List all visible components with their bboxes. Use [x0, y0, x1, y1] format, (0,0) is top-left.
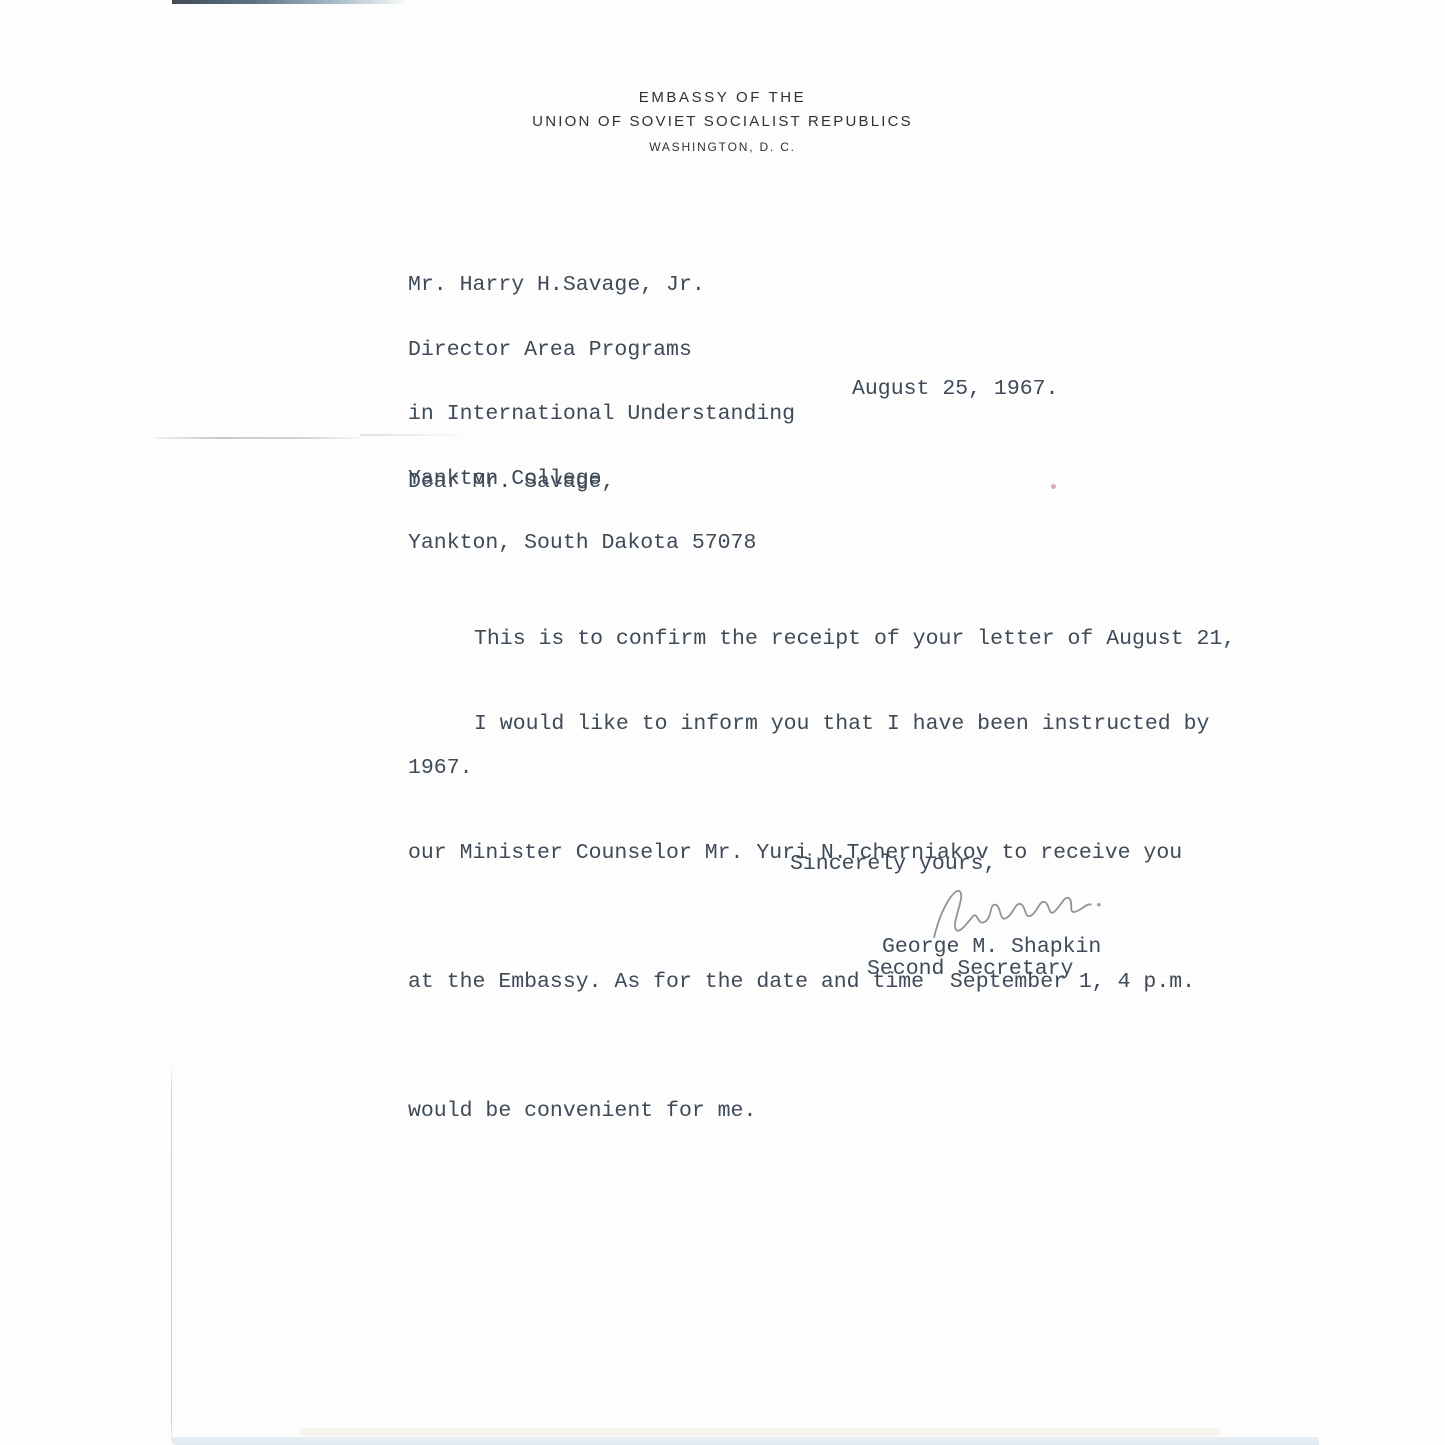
- paper-bottom-edge: [171, 1437, 1319, 1445]
- paragraph2-line1: I would like to inform you that I have b…: [408, 703, 1209, 746]
- valediction: Sincerely yours,: [790, 854, 996, 876]
- letter-date: August 25, 1967.: [852, 379, 1058, 401]
- signature-scrawl: [930, 879, 1092, 937]
- recipient-title-line2: in International Understanding: [408, 404, 795, 426]
- salutation: Dear Mr. Savage,: [408, 472, 614, 494]
- paragraph2-line4: would be convenient for me.: [408, 1090, 1209, 1133]
- paragraph2-line3: at the Embassy. As for the date and time…: [408, 961, 1209, 1004]
- pink-speck-artifact: [1051, 484, 1056, 489]
- signature-period-dot: [1097, 903, 1101, 907]
- letter-page: EMBASSY OF THE UNION OF SOVIET SOCIALIST…: [0, 0, 1445, 1445]
- paper-left-edge: [171, 1063, 172, 1437]
- scan-streak-artifact: [155, 437, 360, 439]
- letterhead: EMBASSY OF THE UNION OF SOVIET SOCIALIST…: [0, 89, 1445, 155]
- letterhead-line-ussr: UNION OF SOVIET SOCIALIST REPUBLICS: [0, 113, 1445, 131]
- signer-name: George M. Shapkin: [882, 937, 1101, 959]
- recipient-name: Mr. Harry H.Savage, Jr.: [408, 275, 795, 297]
- signer-title: Second Secretary: [867, 959, 1073, 981]
- recipient-title-line1: Director Area Programs: [408, 340, 795, 362]
- paper-bottom-smear: [300, 1428, 1220, 1436]
- scan-edge-artifact-top: [172, 0, 410, 4]
- letterhead-line-city: WASHINGTON, D. C.: [0, 140, 1445, 155]
- letterhead-line-embassy: EMBASSY OF THE: [0, 89, 1445, 107]
